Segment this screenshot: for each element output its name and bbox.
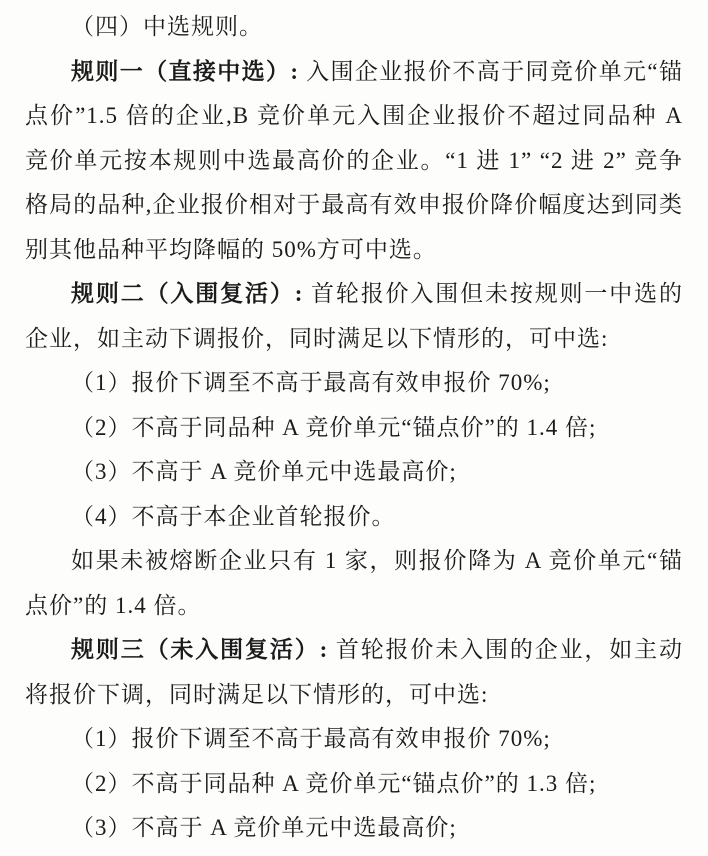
rule-2-item-1: （1）报价下调至不高于最高有效申报价 70%; (25, 361, 683, 406)
rule-1-paragraph: 规则一（直接中选）: 入围企业报价不高于同竞价单元“锚点价”1.5 倍的企业,B… (25, 50, 683, 273)
circuit-breaker-note: 如果未被熔断企业只有 1 家，则报价降为 A 竞价单元“锚点价”的 1.4 倍。 (25, 539, 683, 628)
rule-2-item-2: （2）不高于同品种 A 竞价单元“锚点价”的 1.4 倍; (25, 406, 683, 451)
document-page: （四）中选规则。 规则一（直接中选）: 入围企业报价不高于同竞价单元“锚点价”1… (0, 0, 708, 856)
rule-1-body: 入围企业报价不高于同竞价单元“锚点价”1.5 倍的企业,B 竞价单元入围企业报价… (25, 59, 683, 262)
rule-2-item-4: （4）不高于本企业首轮报价。 (25, 495, 683, 540)
rule-3-item-1: （1）报价下调至不高于最高有效申报价 70%; (25, 717, 683, 762)
rule-1-label: 规则一（直接中选）: (71, 59, 306, 84)
section-heading: （四）中选规则。 (25, 5, 683, 50)
rule-3-item-3: （3）不高于 A 竞价单元中选最高价; (25, 806, 683, 851)
rule-2-paragraph: 规则二（入围复活）: 首轮报价入围但未按规则一中选的企业，如主动下调报价，同时满… (25, 272, 683, 361)
rule-3-label: 规则三（未入围复活）: (71, 637, 336, 662)
rule-2-item-3: （3）不高于 A 竞价单元中选最高价; (25, 450, 683, 495)
rule-2-label: 规则二（入围复活）: (71, 281, 311, 306)
rule-3-item-2: （2）不高于同品种 A 竞价单元“锚点价”的 1.3 倍; (25, 762, 683, 807)
rule-3-paragraph: 规则三（未入围复活）: 首轮报价未入围的企业，如主动将报价下调，同时满足以下情形… (25, 628, 683, 717)
